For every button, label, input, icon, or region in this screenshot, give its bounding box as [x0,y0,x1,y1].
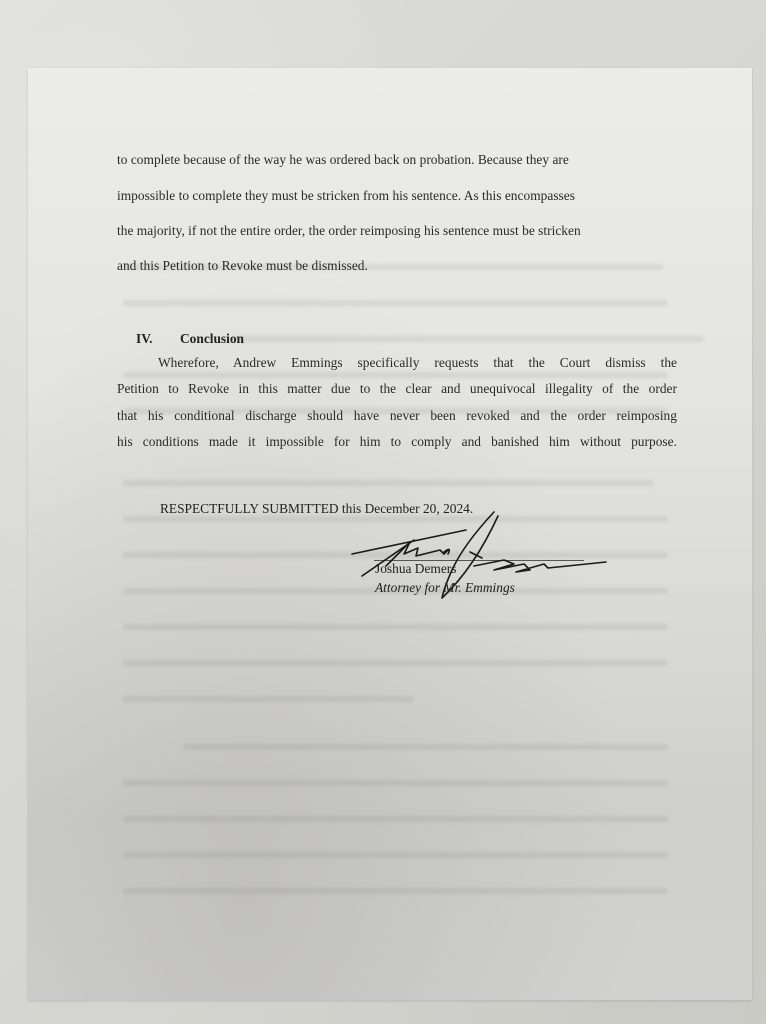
bleed-through-line [123,696,413,702]
section-number: IV. [136,331,180,347]
bleed-through-line [233,336,703,342]
bleed-through-line [123,852,668,858]
body-text-line: to complete because of the way he was or… [117,152,569,168]
bleed-through-line [123,816,668,822]
body-text-line: impossible to complete they must be stri… [117,188,575,204]
bleed-through-line [123,372,668,378]
document-page: to complete because of the way he was or… [28,68,752,1000]
bleed-through-line [123,888,668,894]
bleed-through-line [183,744,668,750]
conclusion-text-line: his conditions made it impossible for hi… [117,434,677,450]
bleed-through-line [123,660,668,666]
body-text-line: and this Petition to Revoke must be dism… [117,258,368,274]
attorney-title: Attorney for Mr. Emmings [375,580,515,596]
conclusion-text-line: that his conditional discharge should ha… [117,408,677,424]
body-text-line: the majority, if not the entire order, t… [117,223,581,239]
conclusion-text-line: Wherefore, Andrew Emmings specifically r… [158,355,677,371]
section-heading: IV.Conclusion [136,331,244,347]
attorney-name: Joshua Demers [375,561,456,577]
bleed-through-line [123,624,668,630]
bleed-through-line [123,780,668,786]
conclusion-text-line: Petition to Revoke in this matter due to… [117,381,677,397]
bleed-through-line [123,480,653,486]
section-title: Conclusion [180,331,244,346]
bleed-through-line [123,300,668,306]
